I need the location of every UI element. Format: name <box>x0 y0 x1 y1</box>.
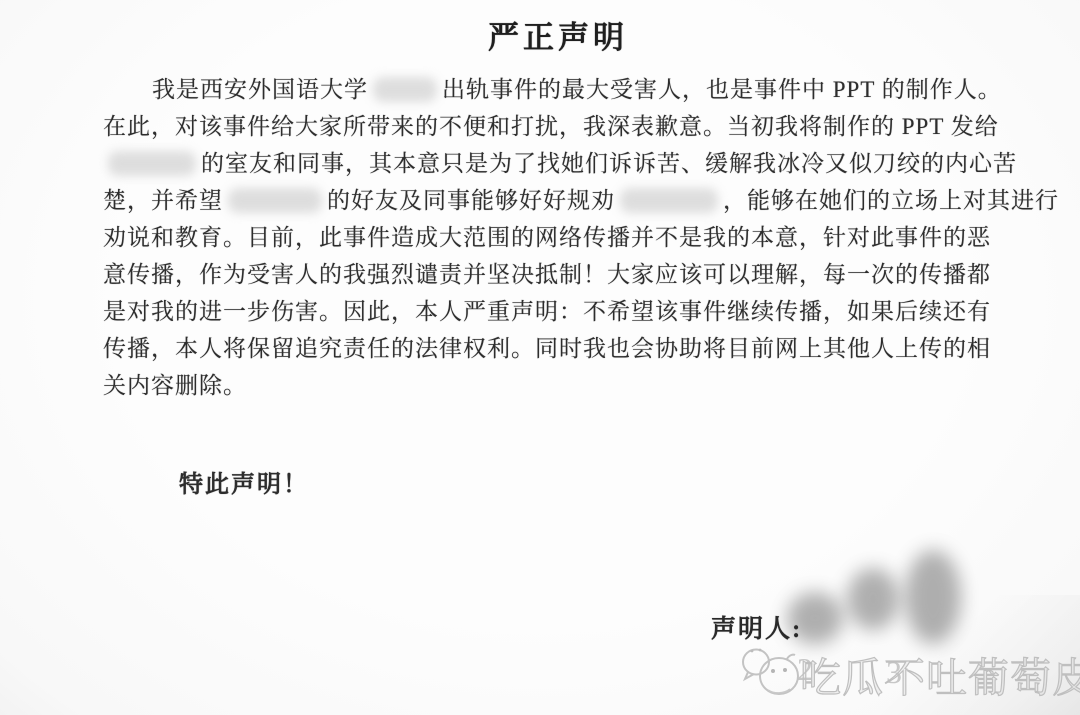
redacted-name-blur <box>373 77 437 102</box>
signature-blur-blob <box>905 550 961 644</box>
statement-line: 的室友和同事，其本意只是为了找她们诉诉苦、缓解我冰冷又似刀绞的内心苦 <box>103 145 971 182</box>
statement-body: 我是西安外国语大学出轨事件的最大受害人，也是事件中 PPT 的制作人。在此，对该… <box>103 71 971 404</box>
redacted-name-blur <box>228 188 322 213</box>
statement-text: 关内容删除。 <box>103 373 247 398</box>
statement-text: 的好友及同事能够好好规劝 <box>327 188 615 213</box>
statement-text: 意传播，作为受害人的我强烈谴责并坚决抵制！大家应该可以理解，每一次的传播都 <box>103 262 991 287</box>
statement-line: 在此，对该事件给大家所带来的不便和打扰，我深表歉意。当初我将制作的 PPT 发给 <box>103 108 971 145</box>
document-title: 严正声明 <box>0 12 1080 57</box>
statement-line: 是对我的进一步伤害。因此，本人严重声明：不希望该事件继续传播，如果后续还有 <box>103 293 971 330</box>
statement-text: 劝说和教育。目前，此事件造成大范围的网络传播并不是我的本意，针对此事件的恶 <box>103 225 991 250</box>
watermark-text: 吃瓜不吐葡萄皮Pro <box>800 645 1080 704</box>
statement-line: 意传播，作为受害人的我强烈谴责并坚决抵制！大家应该可以理解，每一次的传播都 <box>103 256 971 293</box>
statement-line: 我是西安外国语大学出轨事件的最大受害人，也是事件中 PPT 的制作人。 <box>103 71 971 108</box>
redacted-name-blur <box>108 151 196 176</box>
statement-line: 楚，并希望的好友及同事能够好好规劝，能够在她们的立场上对其进行 <box>103 182 971 219</box>
statement-text: 我是西安外国语大学 <box>152 77 368 102</box>
statement-line: 传播，本人将保留追究责任的法律权利。同时我也会协助将目前网上其他人上传的相 <box>103 330 971 367</box>
melon-face-icon <box>738 638 804 711</box>
statement-text: 传播，本人将保留追究责任的法律权利。同时我也会协助将目前网上其他人上传的相 <box>103 336 991 361</box>
statement-text: 的室友和同事，其本意只是为了找她们诉诉苦、缓解我冰冷又似刀绞的内心苦 <box>201 151 1017 176</box>
statement-document: 严正声明 我是西安外国语大学出轨事件的最大受害人，也是事件中 PPT 的制作人。… <box>0 0 1080 715</box>
watermark: 吃瓜不吐葡萄皮Pro <box>738 638 1080 711</box>
statement-text: 是对我的进一步伤害。因此，本人严重声明：不希望该事件继续传播，如果后续还有 <box>103 299 991 324</box>
signature-blur <box>783 546 978 648</box>
closing-line: 特此声明！ <box>179 464 309 499</box>
redacted-name-blur <box>620 188 718 213</box>
signature-blur-blob <box>847 568 899 630</box>
statement-text: ，能够在她们的立场上对其进行 <box>723 188 1059 213</box>
statement-text: 出轨事件的最大受害人，也是事件中 PPT 的制作人。 <box>442 77 1002 102</box>
statement-text: 楚，并希望 <box>103 188 223 213</box>
statement-line: 关内容删除。 <box>103 367 971 404</box>
statement-text: 在此，对该事件给大家所带来的不便和打扰，我深表歉意。当初我将制作的 PPT 发给 <box>103 114 999 139</box>
statement-line: 劝说和教育。目前，此事件造成大范围的网络传播并不是我的本意，针对此事件的恶 <box>103 219 971 256</box>
